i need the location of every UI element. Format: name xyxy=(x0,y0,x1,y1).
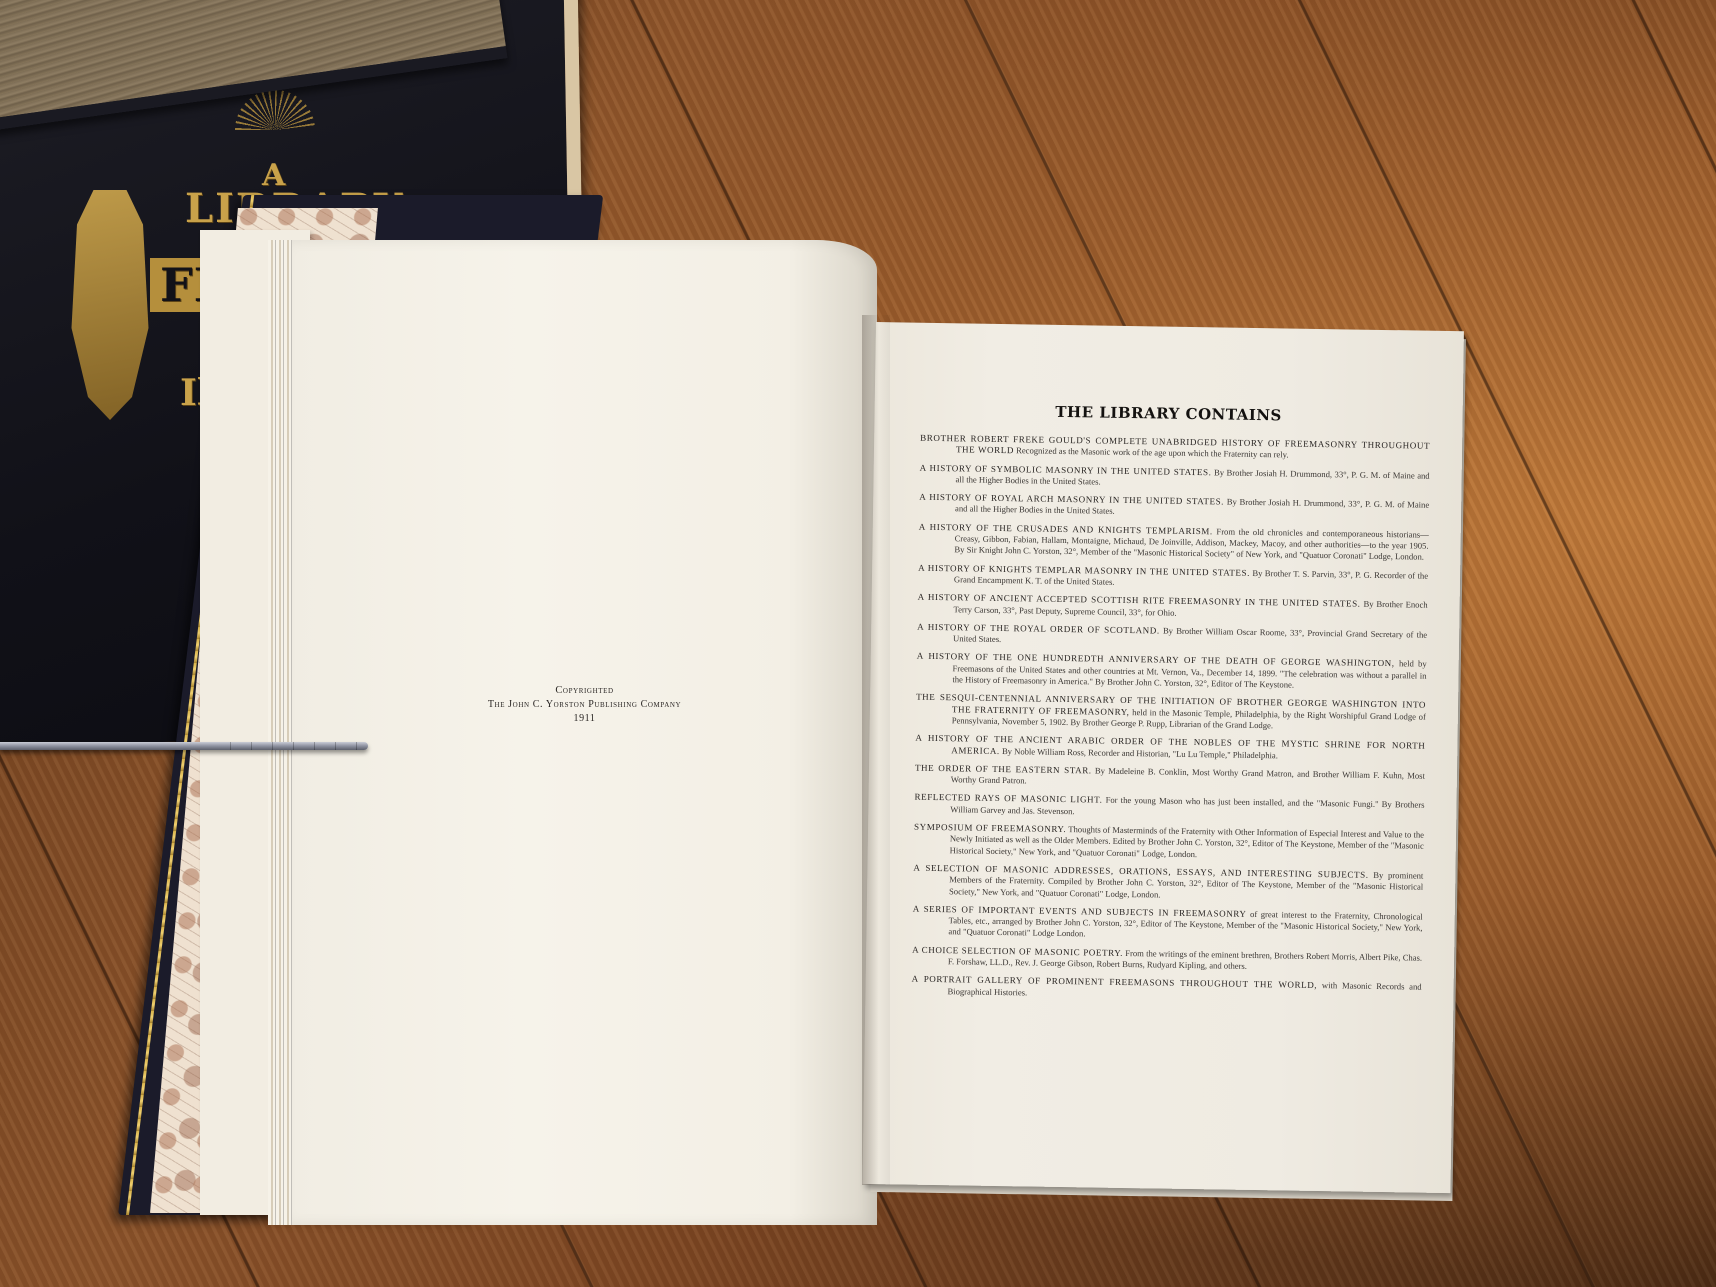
contents-entry: A History of the Royal Order of Scotland… xyxy=(917,622,1427,653)
library-contents-list: Brother Robert Freke Gould's Complete Un… xyxy=(911,433,1430,1012)
page-title: THE LIBRARY CONTAINS xyxy=(874,400,1462,427)
contents-entry: A History of Symbolic Masonry in the Uni… xyxy=(919,462,1429,493)
contents-entry: Reflected Rays of Masonic Light. For the… xyxy=(914,792,1424,823)
contents-entry: Brother Robert Freke Gould's Complete Un… xyxy=(920,433,1430,464)
contents-entry: The Sesqui-Centennial Anniversary of the… xyxy=(916,692,1426,734)
contents-entry: A History of the Crusades and Knights Te… xyxy=(918,521,1428,563)
contents-entry: A History of the Ancient Arabic Order of… xyxy=(915,733,1425,764)
book-gutter xyxy=(862,315,890,1185)
contents-entry: A Choice Selection of Masonic Poetry. Fr… xyxy=(912,944,1422,975)
copyright-label: Copyrighted xyxy=(292,684,877,698)
pointer-tip xyxy=(210,742,368,750)
contents-entry: A Series of Important Events and Subject… xyxy=(912,903,1422,945)
entry-title: A Choice Selection of Masonic Poetry. xyxy=(912,944,1123,957)
entry-title: Reflected Rays of Masonic Light. xyxy=(914,792,1102,805)
left-page[interactable]: Copyrighted The John C. Yorston Publishi… xyxy=(292,240,877,1225)
metal-pointer-rod xyxy=(0,742,368,750)
publisher-name: The John C. Yorston Publishing Company xyxy=(292,698,877,712)
contents-entry: A Portrait Gallery of Prominent Freemaso… xyxy=(911,974,1421,1005)
entry-title: Symposium of Freemasonry. xyxy=(914,822,1066,834)
entry-title: The Order of the Eastern Star. xyxy=(915,762,1092,775)
contents-entry: A History of Royal Arch Masonry in the U… xyxy=(919,492,1429,523)
contents-entry: Symposium of Freemasonry. Thoughts of Ma… xyxy=(914,822,1424,864)
copyright-notice: Copyrighted The John C. Yorston Publishi… xyxy=(292,684,877,726)
contents-entry: The Order of the Eastern Star. By Madele… xyxy=(915,762,1425,793)
contents-entry: A History of the One Hundredth Anniversa… xyxy=(916,651,1426,693)
contents-entry: A History of Knights Templar Masonry in … xyxy=(918,562,1428,593)
contents-entry: A Selection of Masonic Addresses, Oratio… xyxy=(913,863,1423,905)
contents-entry: A History of Ancient Accepted Scottish R… xyxy=(917,592,1427,623)
copyright-year: 1911 xyxy=(292,712,877,726)
right-page[interactable]: THE LIBRARY CONTAINS Brother Robert Frek… xyxy=(862,322,1463,1193)
